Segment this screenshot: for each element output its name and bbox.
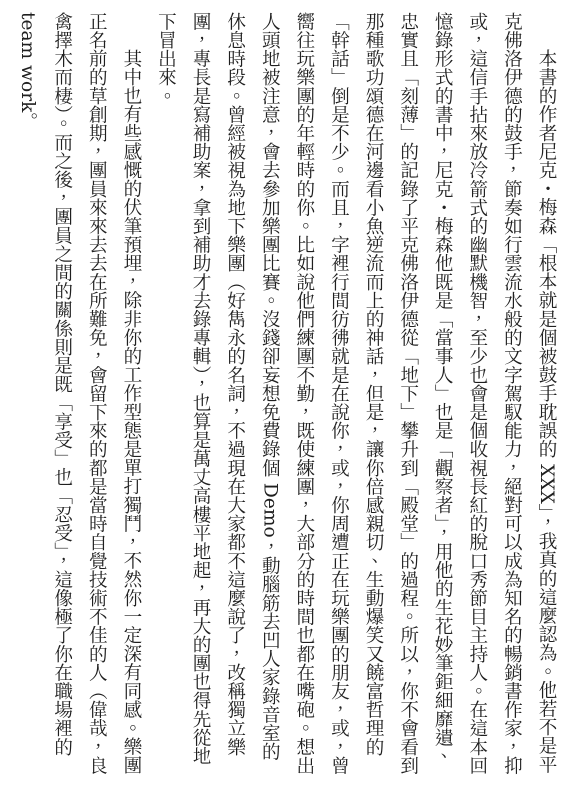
book-page: 本書的作者尼克・梅森「根本就是個被鼓手耽誤的 XXX」，我真的這麼認為。他若不是… (0, 0, 574, 785)
paragraph-2: 其中也有些感慨的伏筆預埋，除非你的工作型態是單打獨鬥，不然你一定深有同感。樂團正… (10, 12, 148, 775)
vertical-text-flow: 本書的作者尼克・梅森「根本就是個被鼓手耽誤的 XXX」，我真的這麼認為。他若不是… (9, 12, 563, 775)
paragraph-1: 本書的作者尼克・梅森「根本就是個被鼓手耽誤的 XXX」，我真的這麼認為。他若不是… (148, 12, 563, 775)
